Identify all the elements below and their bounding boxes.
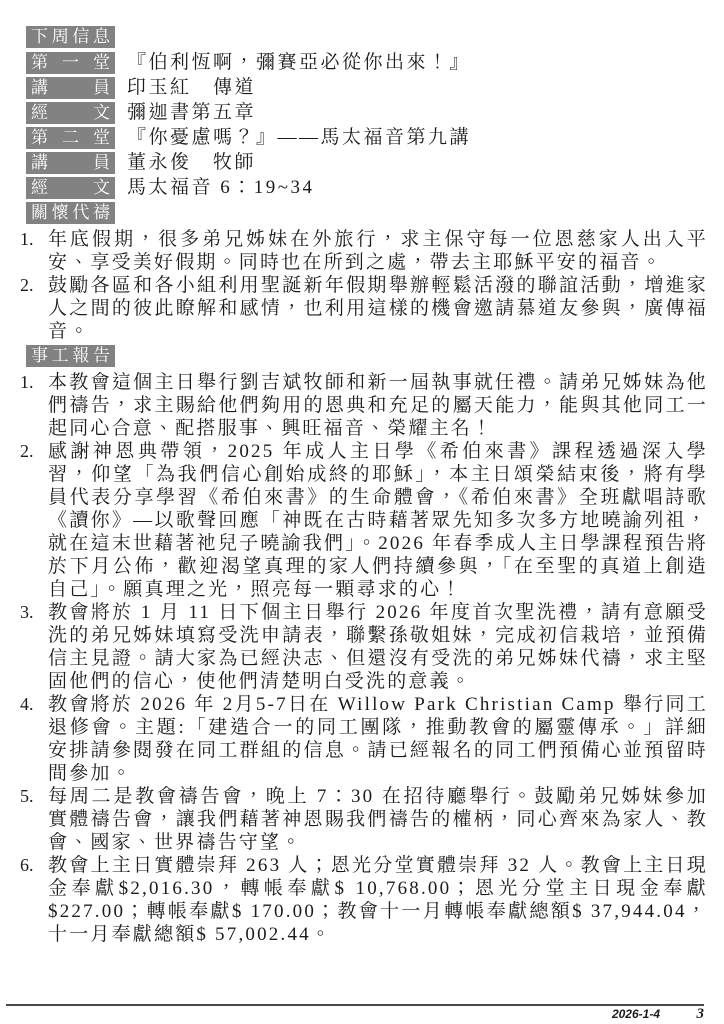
- next-week-info-section: 下周信息 第一堂 『伯利恆啊，彌賽亞必從你出來！』 講員 印玉紅 傳道 經文 彌…: [20, 26, 708, 199]
- info-label-scripture-1: 經文: [26, 102, 115, 124]
- ministry-report-item-text: 感謝神恩典帶領，2025 年成人主日學《希伯來書》課程透過深入學習，仰望「為我們…: [48, 441, 708, 600]
- info-value-speaker-1: 印玉紅 傳道: [127, 77, 256, 99]
- info-value-scripture-1: 彌迦書第五章: [127, 102, 256, 124]
- ministry-report-section: 事工報告 1. 本教會這個主日舉行劉吉斌牧師和新一屆執事就任禮。請弟兄姊妹為他們…: [20, 345, 708, 946]
- ministry-report-item-text: 每周二是教會禱告會，晚上 7：30 在招待廳舉行。鼓勵弟兄姊妹參加實體禱告會，讓…: [48, 786, 708, 853]
- care-prayer-item: 2. 鼓勵各區和各小組利用聖誕新年假期舉辦輕鬆活潑的聯誼活動，增進家人之間的彼此…: [20, 274, 708, 343]
- list-item-number: 1.: [20, 228, 34, 251]
- list-item-number: 4.: [20, 693, 34, 716]
- info-row-speaker-1: 講員 印玉紅 傳道: [20, 77, 708, 99]
- ministry-report-item-text: 教會將於 1 月 11 日下個主日舉行 2026 年度首次聖洗禮，請有意願受洗的…: [48, 602, 708, 692]
- care-prayer-item-text: 年底假期，很多弟兄姊妹在外旅行，求主保守每一位恩慈家人出入平安、享受美好假期。同…: [48, 229, 708, 273]
- info-row-second-service: 第二堂 『你憂慮嗎？』——馬太福音第九講: [20, 127, 708, 149]
- info-label-first-service: 第一堂: [26, 52, 115, 74]
- list-item-number: 1.: [20, 371, 34, 394]
- ministry-report-item: 1. 本教會這個主日舉行劉吉斌牧師和新一屆執事就任禮。請弟兄姊妹為他們禱告，求主…: [20, 371, 708, 440]
- list-item-number: 6.: [20, 854, 34, 877]
- info-row-scripture-2: 經文 馬太福音 6：19~34: [20, 177, 708, 199]
- list-item-number: 2.: [20, 440, 34, 463]
- info-label-second-service: 第二堂: [26, 127, 115, 149]
- ministry-report-item: 5. 每周二是教會禱告會，晚上 7：30 在招待廳舉行。鼓勵弟兄姊妹參加實體禱告…: [20, 785, 708, 854]
- care-prayer-list: 1. 年底假期，很多弟兄姊妹在外旅行，求主保守每一位恩慈家人出入平安、享受美好假…: [20, 228, 708, 343]
- info-row-speaker-2: 講員 董永俊 牧師: [20, 152, 708, 174]
- info-label-speaker-2: 講員: [26, 152, 115, 174]
- footer-page-number: 3: [697, 1006, 705, 1023]
- ministry-report-item: 4. 教會將於 2026 年 2月5-7日在 Willow Park Chris…: [20, 693, 708, 785]
- info-row-first-service: 第一堂 『伯利恆啊，彌賽亞必從你出來！』: [20, 52, 708, 74]
- info-value-speaker-2: 董永俊 牧師: [127, 152, 256, 174]
- info-label-speaker-1: 講員: [26, 77, 115, 99]
- info-value-first-service-title: 『伯利恆啊，彌賽亞必從你出來！』: [127, 52, 471, 74]
- info-value-second-service-title: 『你憂慮嗎？』——馬太福音第九講: [127, 127, 471, 149]
- bulletin-page: 下周信息 第一堂 『伯利恆啊，彌賽亞必從你出來！』 講員 印玉紅 傳道 經文 彌…: [0, 0, 724, 1024]
- care-prayer-section: 關懷代禱 1. 年底假期，很多弟兄姊妹在外旅行，求主保守每一位恩慈家人出入平安、…: [20, 202, 708, 343]
- ministry-report-item-text: 本教會這個主日舉行劉吉斌牧師和新一屆執事就任禮。請弟兄姊妹為他們禱告，求主賜給他…: [48, 372, 708, 439]
- list-item-number: 2.: [20, 274, 34, 297]
- section-header-ministry-report: 事工報告: [26, 345, 115, 367]
- ministry-report-item: 3. 教會將於 1 月 11 日下個主日舉行 2026 年度首次聖洗禮，請有意願…: [20, 601, 708, 693]
- list-item-number: 3.: [20, 601, 34, 624]
- info-value-scripture-2: 馬太福音 6：19~34: [127, 177, 315, 199]
- section-header-care-prayer: 關懷代禱: [26, 202, 115, 224]
- info-row-scripture-1: 經文 彌迦書第五章: [20, 102, 708, 124]
- section-header-next-week-info: 下周信息: [26, 26, 115, 48]
- care-prayer-item: 1. 年底假期，很多弟兄姊妹在外旅行，求主保守每一位恩慈家人出入平安、享受美好假…: [20, 228, 708, 274]
- list-item-number: 5.: [20, 785, 34, 808]
- page-footer: 2026-1-4 3: [6, 1004, 704, 1024]
- ministry-report-item: 2. 感謝神恩典帶領，2025 年成人主日學《希伯來書》課程透過深入學習，仰望「…: [20, 440, 708, 601]
- care-prayer-item-text: 鼓勵各區和各小組利用聖誕新年假期舉辦輕鬆活潑的聯誼活動，增進家人之間的彼此瞭解和…: [48, 275, 708, 342]
- ministry-report-list: 1. 本教會這個主日舉行劉吉斌牧師和新一屆執事就任禮。請弟兄姊妹為他們禱告，求主…: [20, 371, 708, 946]
- footer-date: 2026-1-4: [612, 1007, 660, 1021]
- ministry-report-item-text: 教會上主日實體崇拜 263 人；恩光分堂實體崇拜 32 人。教會上主日現金奉獻$…: [48, 855, 708, 945]
- ministry-report-item: 6. 教會上主日實體崇拜 263 人；恩光分堂實體崇拜 32 人。教會上主日現金…: [20, 854, 708, 946]
- info-label-scripture-2: 經文: [26, 177, 115, 199]
- ministry-report-item-text: 教會將於 2026 年 2月5-7日在 Willow Park Christia…: [48, 694, 708, 784]
